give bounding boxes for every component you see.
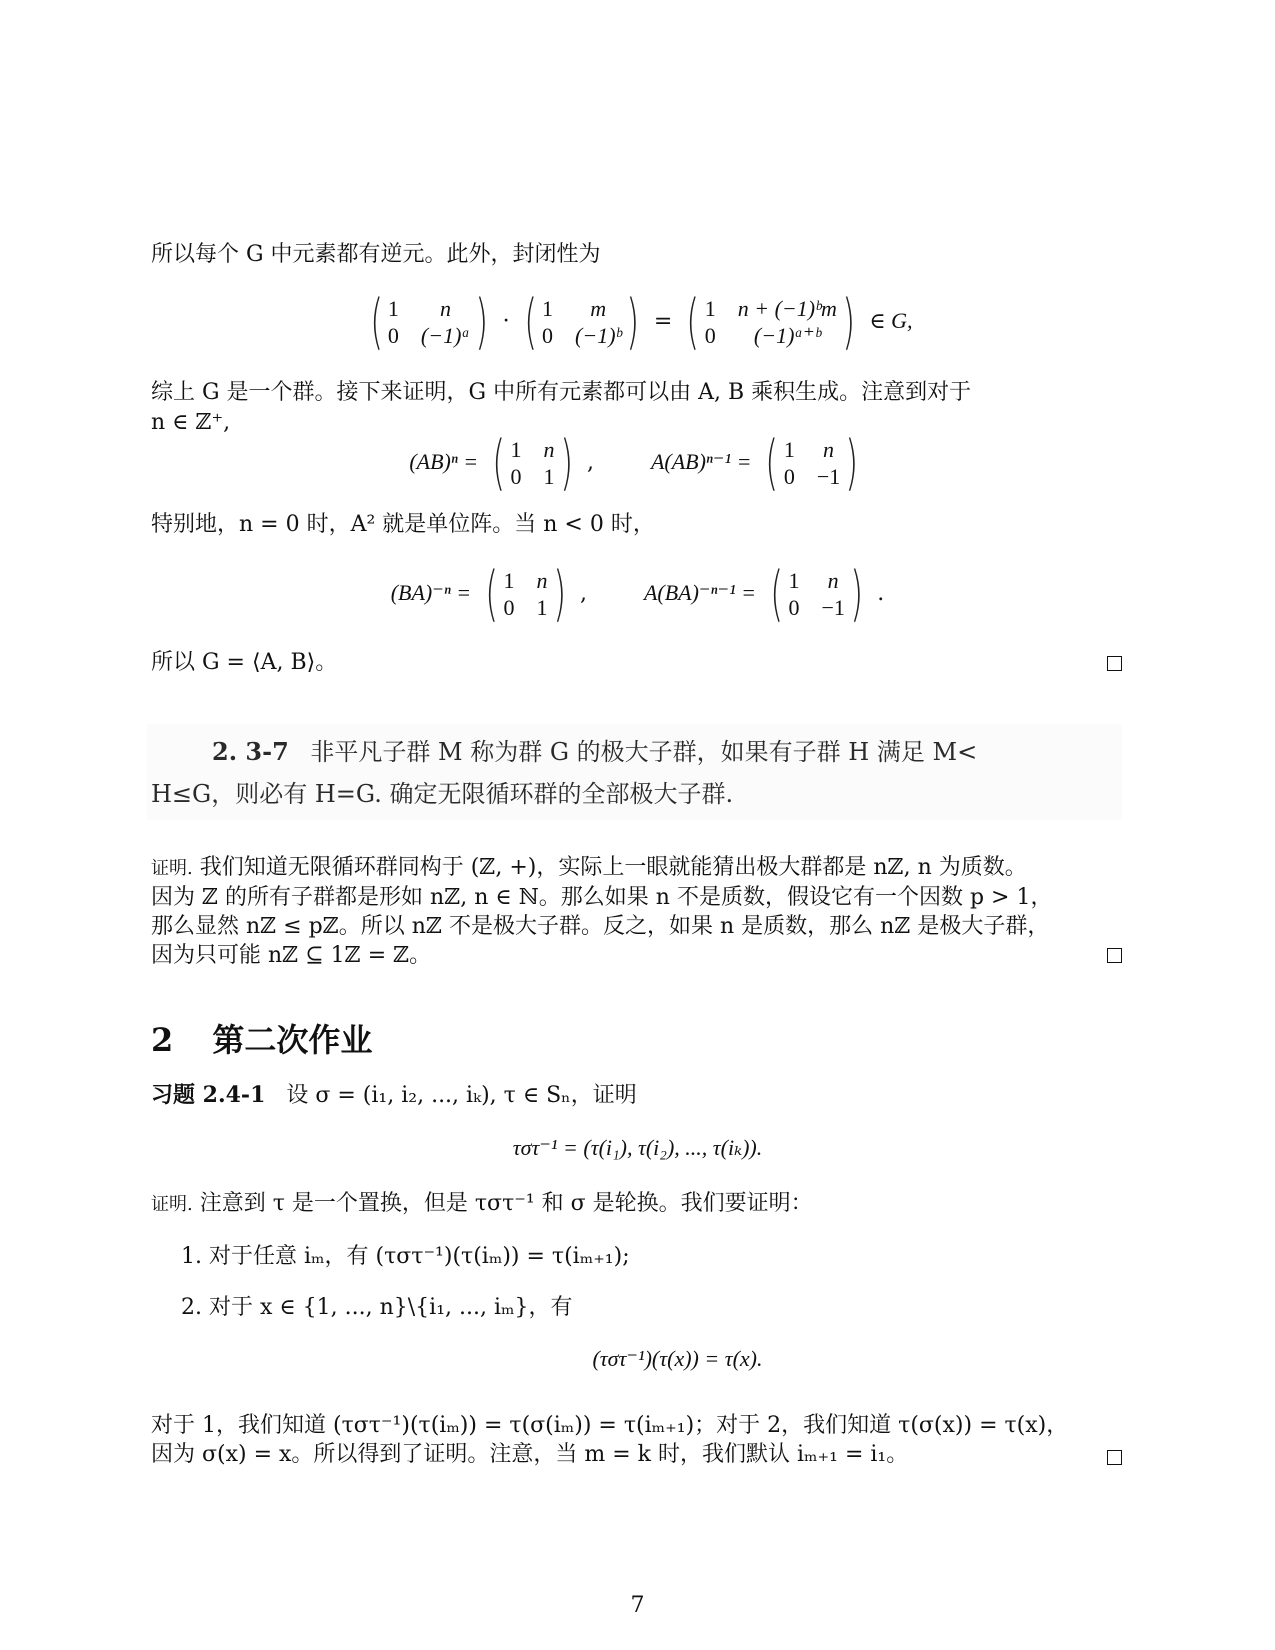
- equation-closure: ( 1 n 0 (−1)ᵃ ) · ( 1 m 0 (−1)ᵇ ) = ( 1 …: [0, 292, 1275, 352]
- matrix-cell: n: [544, 436, 555, 463]
- proof-line: 因为只可能 nℤ ⊆ 1ℤ = ℤ。: [151, 941, 431, 971]
- equation-lhs: A(AB)ⁿ⁻¹ =: [651, 449, 751, 474]
- problem-line-1: 2. 3-7 非平凡子群 M 称为群 G 的极大子群，如果有子群 H 满足 M<: [212, 732, 977, 767]
- matrix-cell: 1: [544, 463, 555, 490]
- equation-lhs: (BA)⁻ⁿ =: [391, 580, 471, 605]
- matrix-cell: −1: [817, 463, 840, 490]
- equation-lhs: A(BA)⁻ⁿ⁻¹ =: [644, 580, 756, 605]
- section-title: 第二次作业: [212, 1021, 372, 1059]
- matrix-cell: −1: [821, 594, 844, 621]
- exercise-text: 设 σ = (i₁, i₂, ..., iₖ), τ ∈ Sₙ，证明: [286, 1083, 636, 1108]
- qed-box-icon: [1107, 1450, 1122, 1465]
- proof-line: 证明. 我们知道无限循环群同构于 (ℤ, +)，实际上一眼就能猜出极大群都是 n…: [151, 853, 1027, 884]
- equation-tail: .: [877, 581, 884, 606]
- equation-lhs: (AB)ⁿ =: [409, 449, 478, 474]
- matrix-cell: n + (−1)ᵇm: [738, 295, 837, 322]
- page-number: 7: [0, 1593, 1275, 1618]
- matrix-cell: 0: [542, 322, 553, 349]
- operator: ·: [503, 309, 510, 334]
- proof-line: 对于 1，我们知道 (τστ⁻¹)(τ(iₘ)) = τ(σ(iₘ)) = τ(…: [151, 1411, 1068, 1441]
- matrix-cell: 0: [504, 594, 515, 621]
- proof-text: 我们知道无限循环群同构于 (ℤ, +)，实际上一眼就能猜出极大群都是 nℤ, n…: [200, 855, 1027, 880]
- proof-label: 证明.: [151, 858, 193, 879]
- matrix-cell: 1: [511, 436, 522, 463]
- proof-line: 因为 σ(x) = x。所以得到了证明。注意，当 m = k 时，我们默认 iₘ…: [151, 1440, 908, 1470]
- matrix-cell: (−1)ᵃ: [421, 322, 470, 349]
- matrix: ( 1 n 0 −1 ): [760, 433, 863, 493]
- paragraph-inverse-closure: 所以每个 G 中元素都有逆元。此外，封闭性为: [151, 240, 601, 270]
- matrix-cell: 0: [511, 463, 522, 490]
- matrix-cell: n: [821, 567, 844, 594]
- matrix-cell: 0: [788, 594, 799, 621]
- problem-text: 非平凡子群 M 称为群 G 的极大子群，如果有子群 H 满足 M<: [310, 738, 977, 766]
- paragraph-group-generation: 综上 G 是一个群。接下来证明，G 中所有元素都可以由 A, B 乘积生成。注意…: [151, 378, 971, 408]
- matrix-cell: m: [575, 295, 621, 322]
- proof-label: 证明.: [151, 1194, 193, 1215]
- matrix-cell: n: [421, 295, 470, 322]
- proof-line: 那么显然 nℤ ≤ pℤ。所以 nℤ 不是极大子群。反之，如果 n 是质数，那么…: [151, 912, 1049, 942]
- matrix: ( 1 n 0 (−1)ᵃ ): [365, 292, 494, 352]
- matrix-cell: 1: [537, 594, 548, 621]
- equation-fixed-point: (τστ⁻¹)(τ(x)) = τ(x).: [40, 1346, 1275, 1372]
- list-item: 1. 对于任意 iₘ，有 (τστ⁻¹)(τ(iₘ)) = τ(iₘ₊₁);: [181, 1239, 630, 1270]
- section-number: 2: [151, 1021, 173, 1059]
- equation-tail: ∈ G,: [869, 308, 912, 333]
- section-heading: 2 第二次作业: [151, 1015, 372, 1061]
- matrix-cell: 1: [788, 567, 799, 594]
- separator: ,: [587, 450, 594, 475]
- equation-conjugation: τστ⁻¹ = (τ(i₁), τ(i₂), ..., τ(iₖ)).: [0, 1135, 1275, 1161]
- paragraph-special-case: 特别地，n = 0 时，A² 就是单位阵。当 n < 0 时，: [151, 510, 655, 540]
- matrix: ( 1 n 0 1 ): [487, 433, 578, 493]
- proof-line: 因为 ℤ 的所有子群都是形如 nℤ, n ∈ ℕ。那么如果 n 不是质数，假设它…: [151, 883, 1052, 913]
- matrix: ( 1 n 0 −1 ): [765, 564, 868, 624]
- matrix-cell: 0: [388, 322, 399, 349]
- problem-number: 2. 3-7: [212, 737, 289, 766]
- proof-line: 证明. 注意到 τ 是一个置换，但是 τστ⁻¹ 和 σ 是轮换。我们要证明：: [151, 1189, 813, 1220]
- qed-box-icon: [1107, 948, 1122, 963]
- operator: =: [654, 309, 672, 334]
- matrix-cell: n: [817, 436, 840, 463]
- matrix-cell: (−1)ᵇ: [575, 322, 621, 349]
- exercise-label: 习题 2.4-1: [151, 1082, 265, 1108]
- paragraph-conclusion: 所以 G = ⟨A, B⟩。: [151, 648, 337, 678]
- matrix: ( 1 n 0 1 ): [480, 564, 571, 624]
- matrix-cell: 1: [705, 295, 716, 322]
- list-item: 2. 对于 x ∈ {1, ..., n}\{i₁, ..., iₘ}，有: [181, 1290, 573, 1321]
- equation-positive-powers: (AB)ⁿ = ( 1 n 0 1 ) , A(AB)ⁿ⁻¹ = ( 1 n 0…: [0, 433, 1275, 493]
- separator: ,: [580, 581, 587, 606]
- matrix-cell: 1: [784, 436, 795, 463]
- matrix-cell: 0: [705, 322, 716, 349]
- qed-box-icon: [1107, 656, 1122, 671]
- matrix-cell: (−1)ᵃ⁺ᵇ: [738, 322, 837, 349]
- problem-line-2: H≤G，则必有 H=G. 确定无限循环群的全部极大子群.: [151, 774, 733, 809]
- matrix-cell: 0: [784, 463, 795, 490]
- matrix-cell: n: [537, 567, 548, 594]
- matrix: ( 1 n + (−1)ᵇm 0 (−1)ᵃ⁺ᵇ ): [681, 292, 860, 352]
- proof-text: 注意到 τ 是一个置换，但是 τστ⁻¹ 和 σ 是轮换。我们要证明：: [200, 1191, 813, 1216]
- exercise-statement: 习题 2.4-1 设 σ = (i₁, i₂, ..., iₖ), τ ∈ Sₙ…: [151, 1080, 637, 1111]
- equation-negative-powers: (BA)⁻ⁿ = ( 1 n 0 1 ) , A(BA)⁻ⁿ⁻¹ = ( 1 n…: [0, 564, 1275, 624]
- matrix-cell: 1: [388, 295, 399, 322]
- matrix-cell: 1: [504, 567, 515, 594]
- matrix-cell: 1: [542, 295, 553, 322]
- matrix: ( 1 m 0 (−1)ᵇ ): [519, 292, 645, 352]
